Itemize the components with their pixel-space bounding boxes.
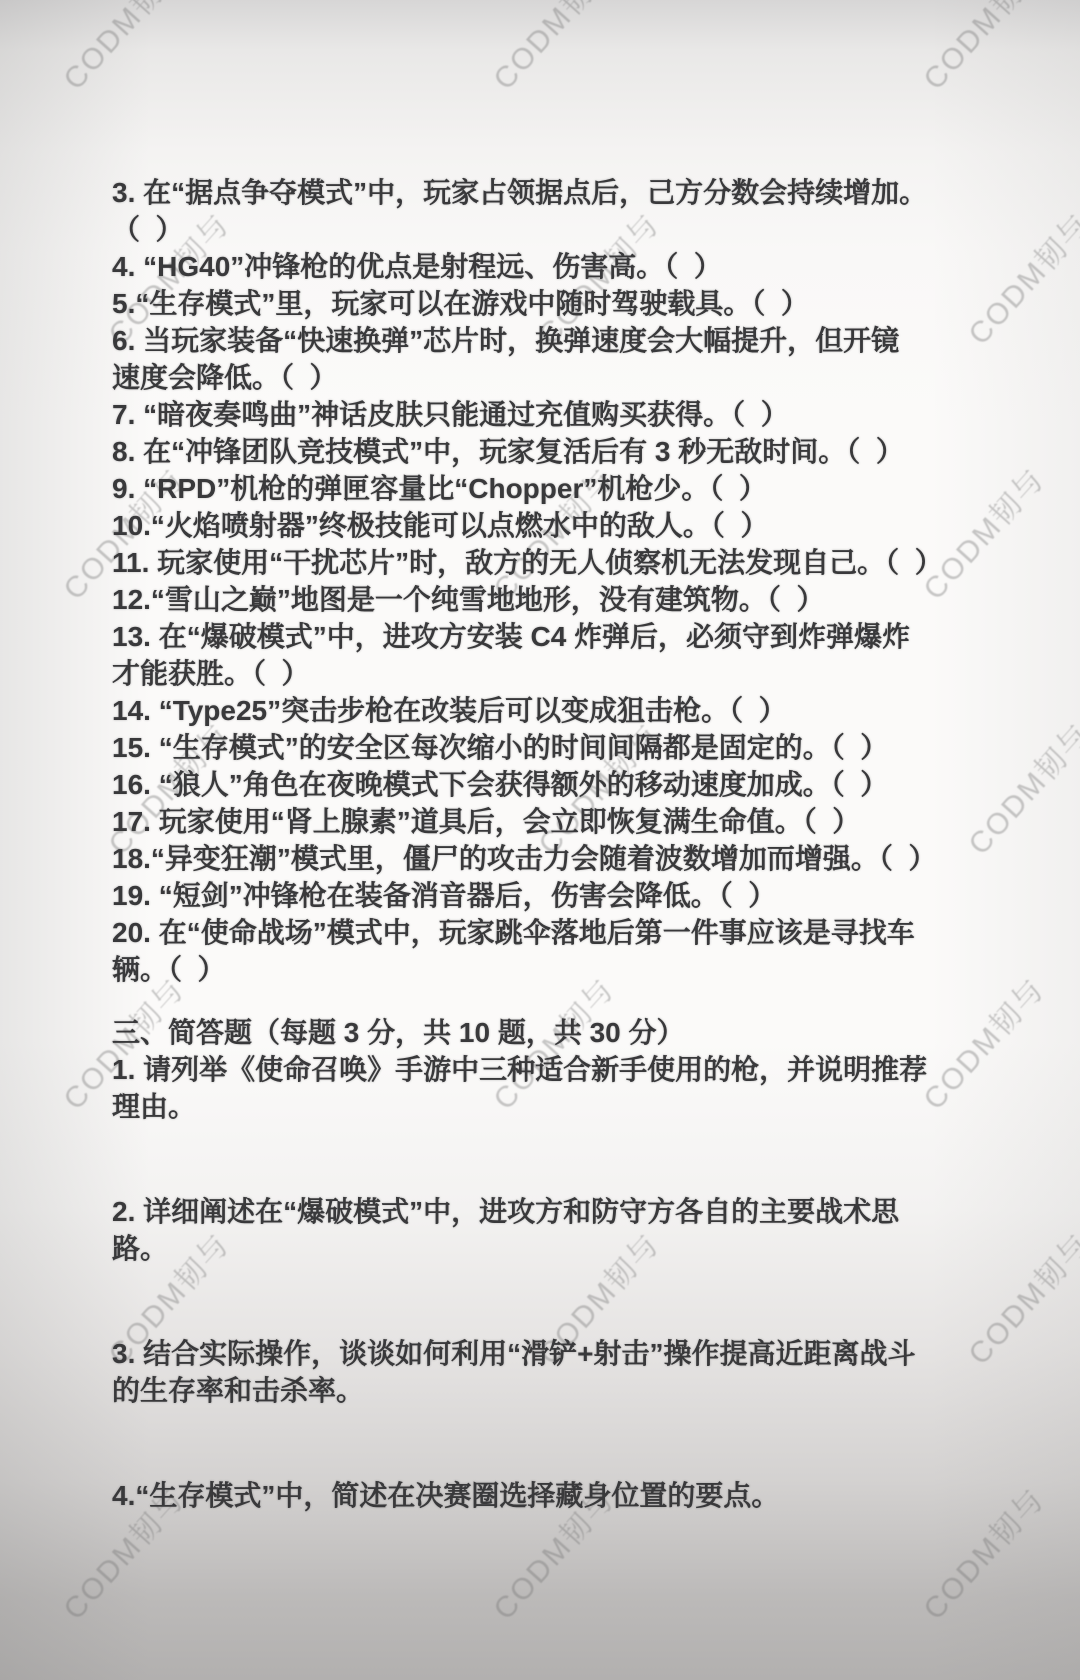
short-answer-heading: 三、简答题（每题 3 分，共 10 题，共 30 分） [112,1014,1012,1051]
tf-question: 19. “短剑”冲锋枪在装备消音器后，伤害会降低。（ ） [112,877,1012,914]
tf-question: 13. 在“爆破模式”中，进攻方安装 C4 炸弹后，必须守到炸弹爆炸才能获胜。（… [112,618,1012,692]
question-line: 3. 在“据点争夺模式”中，玩家占领据点后，己方分数会持续增加。 [112,174,1012,211]
tf-question: 15. “生存模式”的安全区每次缩小的时间间隔都是固定的。（ ） [112,729,1012,766]
question-line: 15. “生存模式”的安全区每次缩小的时间间隔都是固定的。（ ） [112,729,1012,766]
question-line: （ ） [112,211,1012,248]
short-answer-section: 三、简答题（每题 3 分，共 10 题，共 30 分） 1. 请列举《使命召唤》… [112,1014,1012,1514]
question-line: 才能获胜。（ ） [112,655,1012,692]
short-answer-question: 1. 请列举《使命召唤》手游中三种适合新手使用的枪，并说明推荐理由。 [112,1051,1012,1125]
tf-question: 5.“生存模式”里，玩家可以在游戏中随时驾驶载具。（ ） [112,285,1012,322]
short-answer-question: 3. 结合实际操作，谈谈如何利用“滑铲+射击”操作提高近距离战斗的生存率和击杀率… [112,1335,1012,1409]
question-line: 的生存率和击杀率。 [112,1372,1012,1409]
tf-question: 16. “狼人”角色在夜晚模式下会获得额外的移动速度加成。（ ） [112,766,1012,803]
question-line: 4.“生存模式”中，简述在决赛圈选择藏身位置的要点。 [112,1477,1012,1514]
question-line: 20. 在“使命战场”模式中，玩家跳伞落地后第一件事应该是寻找车 [112,914,1012,951]
tf-question: 6. 当玩家装备“快速换弹”芯片时，换弹速度会大幅提升，但开镜速度会降低。（ ） [112,322,1012,396]
watermark-text: CODM韧与 [51,0,193,98]
question-line: 理由。 [112,1088,1012,1125]
question-line: 3. 结合实际操作，谈谈如何利用“滑铲+射击”操作提高近距离战斗 [112,1335,1012,1372]
tf-question: 10.“火焰喷射器”终极技能可以点燃水中的敌人。（ ） [112,507,1012,544]
exam-content: 3. 在“据点争夺模式”中，玩家占领据点后，己方分数会持续增加。（ ）4. “H… [112,174,1012,1582]
question-line: 19. “短剑”冲锋枪在装备消音器后，伤害会降低。（ ） [112,877,1012,914]
document-page: CODM韧与CODM韧与CODM韧与CODM韧与CODM韧与CODM韧与CODM… [0,0,1080,1680]
question-line: 1. 请列举《使命召唤》手游中三种适合新手使用的枪，并说明推荐 [112,1051,1012,1088]
question-line: 12.“雪山之巅”地图是一个纯雪地地形，没有建筑物。（ ） [112,581,1012,618]
tf-question: 9. “RPD”机枪的弹匣容量比“Chopper”机枪少。（ ） [112,470,1012,507]
question-line: 辆。（ ） [112,951,1012,988]
short-answer-question: 4.“生存模式”中，简述在决赛圈选择藏身位置的要点。 [112,1477,1012,1514]
true-false-question-list: 3. 在“据点争夺模式”中，玩家占领据点后，己方分数会持续增加。（ ）4. “H… [112,174,1012,988]
question-line: 16. “狼人”角色在夜晚模式下会获得额外的移动速度加成。（ ） [112,766,1012,803]
question-line: 7. “暗夜奏鸣曲”神话皮肤只能通过充值购买获得。（ ） [112,396,1012,433]
tf-question: 11. 玩家使用“干扰芯片”时，敌方的无人侦察机无法发现自己。（ ） [112,544,1012,581]
true-false-section: 3. 在“据点争夺模式”中，玩家占领据点后，己方分数会持续增加。（ ）4. “H… [112,174,1012,988]
tf-question: 17. 玩家使用“肾上腺素”道具后，会立即恢复满生命值。（ ） [112,803,1012,840]
question-line: 18.“异变狂潮”模式里，僵尸的攻击力会随着波数增加而增强。（ ） [112,840,1012,877]
question-line: 8. 在“冲锋团队竞技模式”中，玩家复活后有 3 秒无敌时间。（ ） [112,433,1012,470]
tf-question: 3. 在“据点争夺模式”中，玩家占领据点后，己方分数会持续增加。（ ） [112,174,1012,248]
question-line: 5.“生存模式”里，玩家可以在游戏中随时驾驶载具。（ ） [112,285,1012,322]
tf-question: 18.“异变狂潮”模式里，僵尸的攻击力会随着波数增加而增强。（ ） [112,840,1012,877]
tf-question: 12.“雪山之巅”地图是一个纯雪地地形，没有建筑物。（ ） [112,581,1012,618]
question-line: 9. “RPD”机枪的弹匣容量比“Chopper”机枪少。（ ） [112,470,1012,507]
question-line: 11. 玩家使用“干扰芯片”时，敌方的无人侦察机无法发现自己。（ ） [112,544,1012,581]
question-line: 14. “Type25”突击步枪在改装后可以变成狙击枪。（ ） [112,692,1012,729]
question-line: 10.“火焰喷射器”终极技能可以点燃水中的敌人。（ ） [112,507,1012,544]
tf-question: 8. 在“冲锋团队竞技模式”中，玩家复活后有 3 秒无敌时间。（ ） [112,433,1012,470]
tf-question: 7. “暗夜奏鸣曲”神话皮肤只能通过充值购买获得。（ ） [112,396,1012,433]
question-line: 4. “HG40”冲锋枪的优点是射程远、伤害高。（ ） [112,248,1012,285]
question-line: 2. 详细阐述在“爆破模式”中，进攻方和防守方各自的主要战术思 [112,1193,1012,1230]
question-line: 6. 当玩家装备“快速换弹”芯片时，换弹速度会大幅提升，但开镜 [112,322,1012,359]
short-answer-question-list: 1. 请列举《使命召唤》手游中三种适合新手使用的枪，并说明推荐理由。2. 详细阐… [112,1051,1012,1514]
question-line: 17. 玩家使用“肾上腺素”道具后，会立即恢复满生命值。（ ） [112,803,1012,840]
short-answer-question: 2. 详细阐述在“爆破模式”中，进攻方和防守方各自的主要战术思路。 [112,1193,1012,1267]
tf-question: 4. “HG40”冲锋枪的优点是射程远、伤害高。（ ） [112,248,1012,285]
question-line: 路。 [112,1230,1012,1267]
tf-question: 20. 在“使命战场”模式中，玩家跳伞落地后第一件事应该是寻找车辆。（ ） [112,914,1012,988]
tf-question: 14. “Type25”突击步枪在改装后可以变成狙击枪。（ ） [112,692,1012,729]
question-line: 13. 在“爆破模式”中，进攻方安装 C4 炸弹后，必须守到炸弹爆炸 [112,618,1012,655]
question-line: 速度会降低。（ ） [112,359,1012,396]
watermark-text: CODM韧与 [911,0,1053,98]
watermark-text: CODM韧与 [481,0,623,98]
